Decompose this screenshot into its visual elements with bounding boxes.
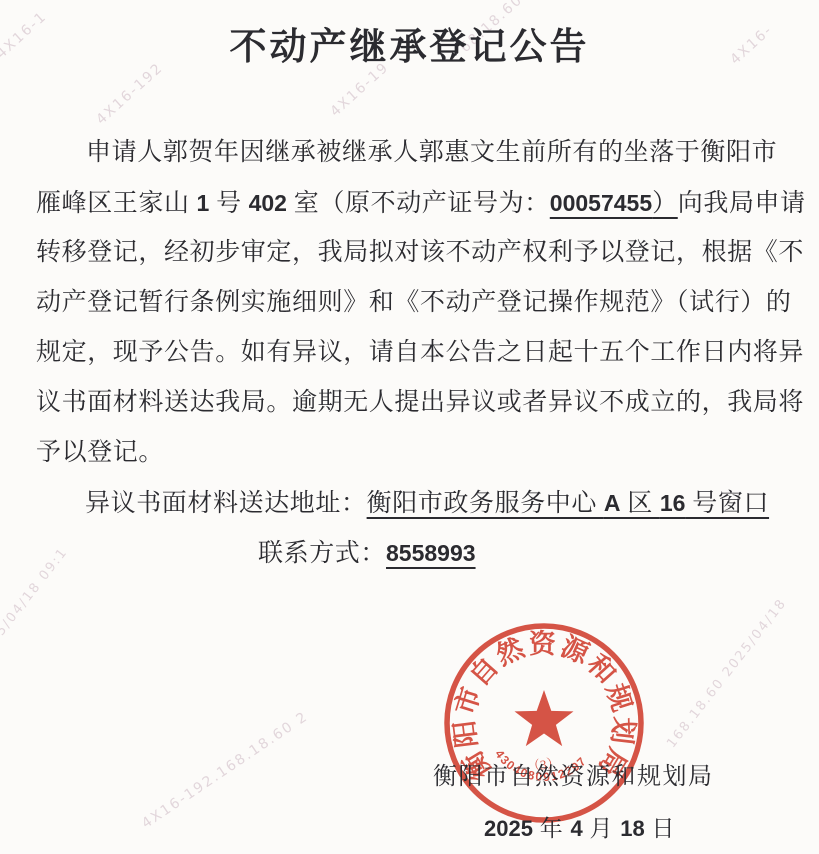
body-line: 申请人郭贺年因继承被继承人郭惠文生前所有的坐落于衡阳市 xyxy=(36,128,786,178)
house-number: 1 xyxy=(196,190,209,216)
scan-watermark: 4X16-192 xyxy=(93,60,166,128)
zone-letter: A xyxy=(604,490,621,516)
address-value: 区 xyxy=(621,490,660,517)
body-line: 动产登记暂行条例实施细则》和《不动产登记操作规范》（试行）的 xyxy=(36,278,786,328)
contact-label: 联系方式： xyxy=(258,540,386,567)
document-date: 2025 年 4 月 18 日 xyxy=(484,810,675,843)
certificate-number: 00057455 xyxy=(550,190,652,216)
date-year: 2025 xyxy=(484,816,533,841)
date-unit: 日 xyxy=(645,816,676,841)
document-page: 4X16-1 4X16-192 4X16-19 68.18.60 4X16- 2… xyxy=(0,0,819,854)
star-icon xyxy=(515,690,574,746)
official-seal: 衡阳市自然资源和规划局 （3） 4304080912297 xyxy=(438,617,650,829)
date-unit: 年 xyxy=(533,816,571,841)
issuing-authority: 衡阳市自然资源和规划局 xyxy=(433,756,714,791)
address-value: 衡阳市政务服务中心 xyxy=(367,490,604,517)
document-body: 申请人郭贺年因继承被继承人郭惠文生前所有的坐落于衡阳市 雁峰区王家山 1 号 4… xyxy=(36,128,786,578)
body-text: 雁峰区王家山 xyxy=(36,190,196,217)
body-line: 雁峰区王家山 1 号 402 室（原不动产证号为：00057455）向我局申请 xyxy=(36,178,786,228)
date-day: 18 xyxy=(620,816,644,841)
body-text: 向我局申请 xyxy=(678,190,806,217)
scan-watermark: 4X16-192.168.18.60 2 xyxy=(139,708,311,832)
room-number: 402 xyxy=(249,190,287,216)
contact-line: 联系方式：8558993 xyxy=(36,528,786,578)
address-value: 号窗口 xyxy=(685,490,769,517)
contact-phone: 8558993 xyxy=(386,540,476,566)
body-text: 号 xyxy=(209,190,248,217)
body-line: 转移登记，经初步审定，我局拟对该不动产权利予以登记，根据《不 xyxy=(36,228,786,278)
address-label: 异议书面材料送达地址： xyxy=(85,490,367,517)
window-number: 16 xyxy=(660,490,686,516)
body-text: 室（原不动产证号为： xyxy=(287,190,550,217)
body-line: 予以登记。 xyxy=(36,428,786,478)
document-title: 不动产继承登记公告 xyxy=(0,16,819,70)
scan-watermark: 168.18.60 2025/04/18 xyxy=(664,596,790,751)
date-month: 4 xyxy=(570,816,582,841)
body-text: ） xyxy=(652,190,678,217)
date-unit: 月 xyxy=(583,816,621,841)
body-line: 议书面材料送达我局。逾期无人提出异议或者异议不成立的，我局将 xyxy=(36,378,786,428)
body-line: 规定，现予公告。如有异议，请自本公告之日起十五个工作日内将异 xyxy=(36,328,786,378)
objection-address-line: 异议书面材料送达地址：衡阳市政务服务中心 A 区 16 号窗口 xyxy=(36,478,786,528)
